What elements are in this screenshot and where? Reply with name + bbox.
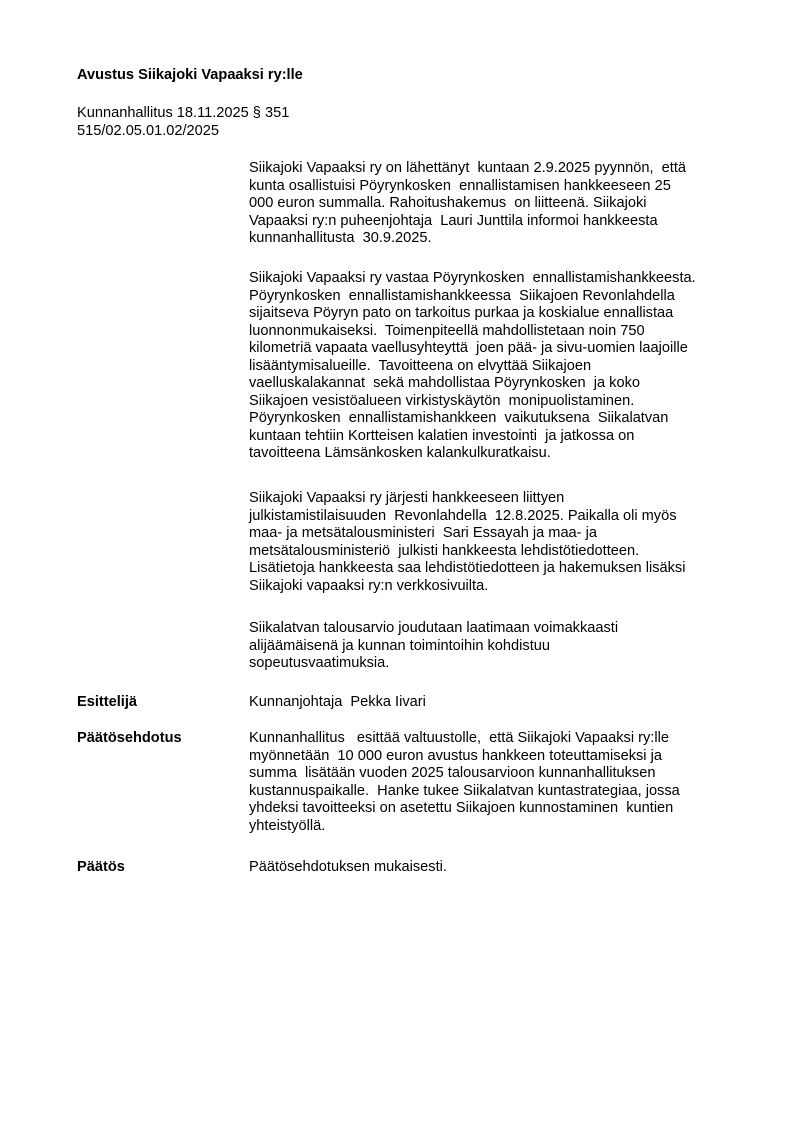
paragraph-line: luonnonmukaiseksi. Toimenpiteellä mahdol… (249, 323, 749, 341)
body-paragraph: Siikajoki Vapaaksi ry järjesti hankkeese… (249, 490, 749, 595)
paragraph-line: kilometriä vapaata vaellusyhteyttä joen … (249, 340, 749, 358)
paragraph-line: Siikajoki Vapaaksi ry on lähettänyt kunt… (249, 160, 749, 178)
paragraph-line: maa- ja metsätalousministeri Sari Essaya… (249, 525, 749, 543)
document-title: Avustus Siikajoki Vapaaksi ry:lle (77, 67, 303, 83)
proposal-label: Päätösehdotus (77, 730, 182, 748)
section-line: yhteistyöllä. (249, 818, 749, 836)
paragraph-line: Pöyrynkosken ennallistamishankkeen vaiku… (249, 410, 749, 428)
paragraph-line: sopeutusvaatimuksia. (249, 655, 749, 673)
section-line: Kunnanhallitus esittää valtuustolle, ett… (249, 730, 749, 748)
paragraph-line: 000 euron summalla. Rahoitushakemus on l… (249, 195, 749, 213)
section-line: yhdeksi tavoitteeksi on asetettu Siikajo… (249, 800, 749, 818)
paragraph-line: Lisätietoja hankkeesta saa lehdistötiedo… (249, 560, 749, 578)
section-line: summa lisätään vuoden 2025 talousarvioon… (249, 765, 749, 783)
paragraph-line: Siikajoki vapaaksi ry:n verkkosivuilta. (249, 578, 749, 596)
body-paragraph: Siikalatvan talousarvio joudutaan laatim… (249, 620, 749, 673)
paragraph-line: kuntaan tehtiin Kortteisen kalatien inve… (249, 428, 749, 446)
record-number: 515/02.05.01.02/2025 (77, 123, 219, 139)
paragraph-line: Siikalatvan talousarvio joudutaan laatim… (249, 620, 749, 638)
section-line: Päätösehdotuksen mukaisesti. (249, 859, 749, 877)
presenter-text: Kunnanjohtaja Pekka Iivari (249, 694, 749, 712)
proposal-text: Kunnanhallitus esittää valtuustolle, ett… (249, 730, 749, 835)
section-line: Kunnanjohtaja Pekka Iivari (249, 694, 749, 712)
paragraph-line: sijaitseva Pöyryn pato on tarkoitus purk… (249, 305, 749, 323)
paragraph-line: Siikajoki Vapaaksi ry järjesti hankkeese… (249, 490, 749, 508)
body-paragraph: Siikajoki Vapaaksi ry vastaa Pöyrynkoske… (249, 270, 749, 463)
paragraph-line: Siikajoen vesistöalueen virkistyskäytön … (249, 393, 749, 411)
paragraph-line: tavoitteena Lämsänkosken kalankulkuratka… (249, 445, 749, 463)
paragraph-line: Vapaaksi ry:n puheenjohtaja Lauri Juntti… (249, 213, 749, 231)
paragraph-line: kunta osallistuisi Pöyrynkosken ennallis… (249, 178, 749, 196)
section-line: kustannuspaikalle. Hanke tukee Siikalatv… (249, 783, 749, 801)
meeting-reference: Kunnanhallitus 18.11.2025 § 351 (77, 105, 289, 121)
paragraph-line: Siikajoki Vapaaksi ry vastaa Pöyrynkoske… (249, 270, 749, 288)
paragraph-line: kunnanhallitusta 30.9.2025. (249, 230, 749, 248)
paragraph-line: lisääntymisalueille. Tavoitteena on elvy… (249, 358, 749, 376)
paragraph-line: alijäämäisenä ja kunnan toimintoihin koh… (249, 638, 749, 656)
paragraph-line: metsätalousministeriö julkisti hankkeest… (249, 543, 749, 561)
decision-text: Päätösehdotuksen mukaisesti. (249, 859, 749, 877)
body-paragraph: Siikajoki Vapaaksi ry on lähettänyt kunt… (249, 160, 749, 248)
presenter-label: Esittelijä (77, 694, 137, 712)
paragraph-line: julkistamistilaisuuden Revonlahdella 12.… (249, 508, 749, 526)
section-line: myönnetään 10 000 euron avustus hankkeen… (249, 748, 749, 766)
decision-label: Päätös (77, 859, 125, 877)
paragraph-line: vaelluskalakannat sekä mahdollistaa Pöyr… (249, 375, 749, 393)
paragraph-line: Pöyrynkosken ennallistamishankkeessa Sii… (249, 288, 749, 306)
